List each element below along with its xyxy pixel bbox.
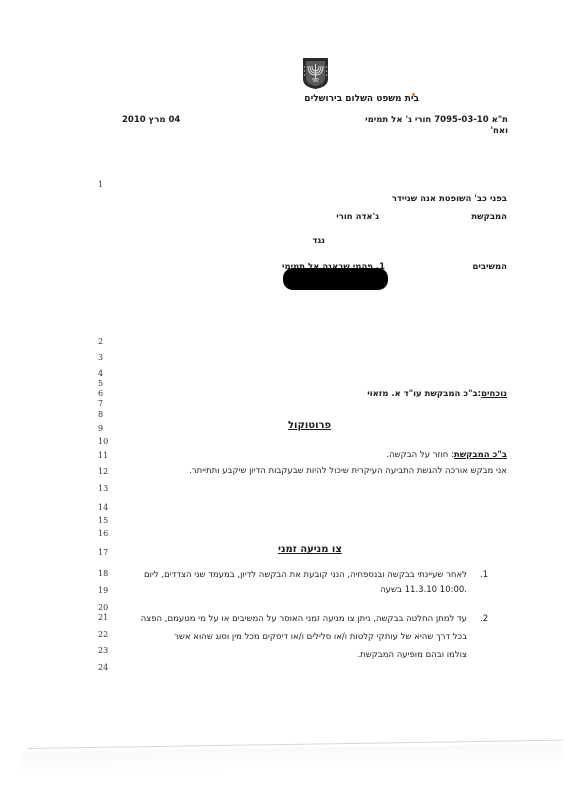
order-item-2-number: .2 [480, 614, 488, 624]
line-number: 5 [98, 379, 112, 388]
protocol-line-2: אני מבקש אורכה להגשת התביעה העיקרית שיכו… [189, 466, 507, 476]
line-number: 24 [98, 663, 112, 672]
line-number: 1 [98, 180, 112, 189]
protocol-title: פרוטוקול [288, 420, 331, 431]
case-number: ת"א 7095-03-10 חורי נ' אל תמימי [365, 115, 508, 125]
order-item-2-line-2: בכל דרך שהיא של עותקי קלטות ו/או סלילים … [174, 632, 467, 642]
line-number: 17 [98, 548, 112, 557]
court-name: בית משפט השלום בירושלים [304, 94, 419, 104]
protocol-speaker: ב"כ המבקשת [454, 450, 507, 460]
line-number: 8 [98, 410, 112, 419]
protocol-speaker-line: ב"כ המבקשת: חוזר על הבקשה. [386, 450, 507, 460]
line-number: 6 [98, 389, 112, 398]
present-text: :ב"כ המבקשת עו"ד א. מזאוי [367, 389, 481, 399]
protocol-speaker-text: : חוזר על הבקשה. [386, 450, 454, 460]
present-label: נוכחים [481, 389, 507, 399]
line-number: 10 [98, 437, 112, 446]
line-number: 14 [98, 503, 112, 512]
state-emblem-menorah-icon [301, 57, 330, 90]
line-number: 19 [98, 586, 112, 595]
order-item-1-line-2: .10:00 11.3.10 בשעה [380, 585, 467, 595]
scanned-document-page: בית משפט השלום בירושלים ת"א 7095-03-10 ח… [0, 0, 579, 800]
line-number: 20 [98, 603, 112, 612]
line-number: 9 [98, 424, 112, 433]
line-number: 11 [98, 451, 112, 460]
respondents-label: המשיבים [472, 262, 507, 272]
petitioner-label: המבקשת [471, 212, 507, 222]
line-number: 4 [98, 369, 112, 378]
line-number: 16 [98, 529, 112, 538]
order-item-1-number: .1 [480, 570, 488, 580]
order-item-2-line-1: עד למתן החלטה בבקשה, ניתן צו מניעה זמני … [141, 614, 467, 624]
redaction-bar [283, 268, 388, 290]
line-number: 23 [98, 646, 112, 655]
order-item-1-line-1: לאחר שעיינתי בבקשה ובנספחיה, הנני קובעת … [144, 570, 467, 580]
line-number: 7 [98, 399, 112, 408]
line-number: 2 [98, 337, 112, 346]
present-line: נוכחים:ב"כ המבקשת עו"ד א. מזאוי [367, 389, 507, 399]
line-number: 21 [98, 613, 112, 622]
order-item-2-line-3: צולמו ובהם מופיעה המבקשת. [357, 650, 467, 660]
case-number-cont: ואח' [490, 126, 508, 136]
line-number: 13 [98, 484, 112, 493]
versus-label: נגד [312, 236, 325, 246]
scan-edge-shadow [22, 744, 562, 774]
judge-line: בפני כב' השופטת אנה שניידר [392, 194, 507, 204]
document-date: 04 מרץ 2010 [122, 115, 180, 125]
petitioner-name: ג'אדה חורי [336, 212, 379, 222]
line-number: 22 [98, 630, 112, 639]
line-number: 12 [98, 467, 112, 476]
line-number: 15 [98, 516, 112, 525]
line-number: 18 [98, 569, 112, 578]
order-title: צו מניעה זמני [278, 544, 342, 555]
line-number: 3 [98, 353, 112, 362]
